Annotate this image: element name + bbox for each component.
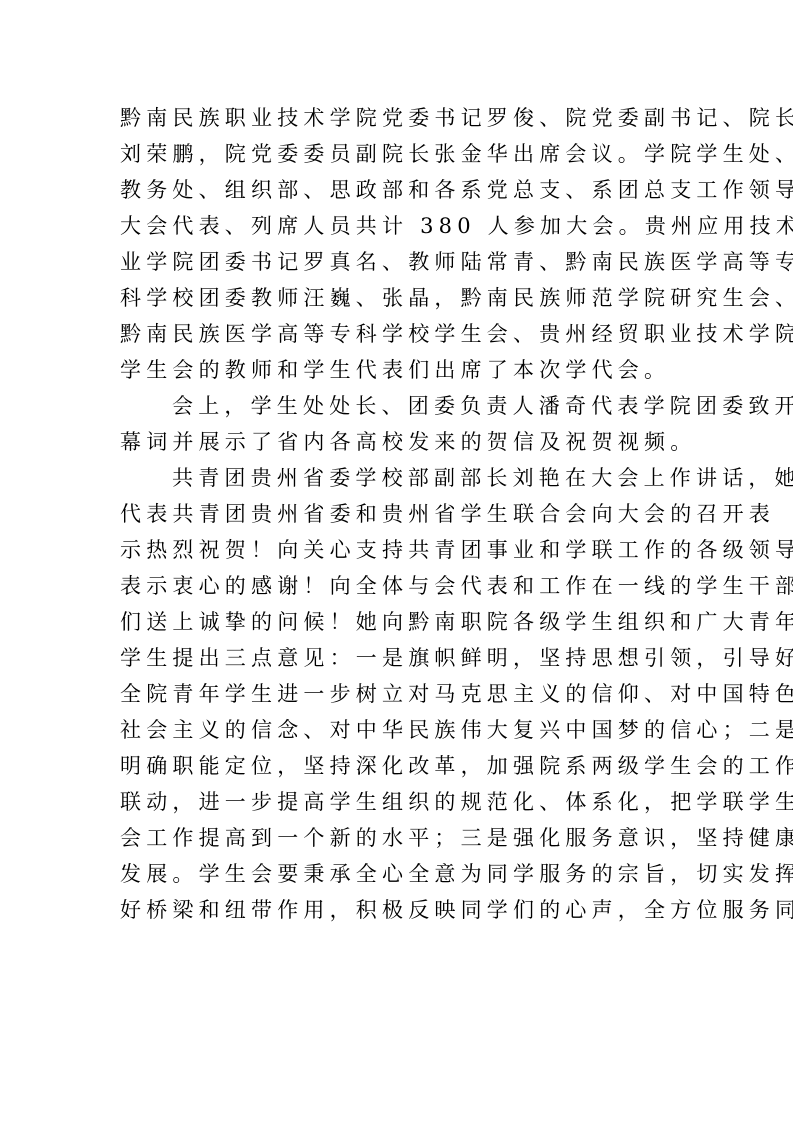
text-line: 业学院团委书记罗真名、教师陆常青、黔南民族医学高等专: [120, 246, 680, 282]
text-line: 全院青年学生进一步树立对马克思主义的信仰、对中国特色: [120, 678, 680, 714]
text-line: 科学校团委教师汪巍、张晶，黔南民族师范学院研究生会、: [120, 282, 680, 318]
text-line: 学生会的教师和学生代表们出席了本次学代会。: [120, 354, 680, 390]
text-line: 会工作提高到一个新的水平；三是强化服务意识，坚持健康: [120, 822, 680, 858]
text-line: 学生提出三点意见：一是旗帜鲜明，坚持思想引领，引导好: [120, 642, 680, 678]
paragraph-opening-speech: 会上，学生处处长、团委负责人潘奇代表学院团委致开 幕词并展示了省内各高校发来的贺…: [120, 390, 680, 462]
document-page: 黔南民族职业技术学院党委书记罗俊、院党委副书记、院长 刘荣鹏，院党委委员副院长张…: [0, 0, 793, 1122]
text-line: 明确职能定位，坚持深化改革，加强院系两级学生会的工作: [120, 750, 680, 786]
text-line: 表示衷心的感谢！向全体与会代表和工作在一线的学生干部: [120, 570, 680, 606]
text-line: 幕词并展示了省内各高校发来的贺信及祝贺视频。: [120, 426, 680, 462]
text-line: 社会主义的信念、对中华民族伟大复兴中国梦的信心；二是: [120, 714, 680, 750]
text-line: 代表共青团贵州省委和贵州省学生联合会向大会的召开表: [120, 498, 680, 534]
text-line: 大会代表、列席人员共计 380 人参加大会。贵州应用技术职: [120, 210, 680, 246]
paragraph-attendees: 黔南民族职业技术学院党委书记罗俊、院党委副书记、院长 刘荣鹏，院党委委员副院长张…: [120, 102, 680, 390]
text-line: 好桥梁和纽带作用，积极反映同学们的心声，全方位服务同: [120, 894, 680, 930]
paragraph-provincial-speech: 共青团贵州省委学校部副部长刘艳在大会上作讲话，她 代表共青团贵州省委和贵州省学生…: [120, 462, 680, 930]
text-line: 发展。学生会要秉承全心全意为同学服务的宗旨，切实发挥: [120, 858, 680, 894]
text-line: 们送上诚挚的问候！她向黔南职院各级学生组织和广大青年: [120, 606, 680, 642]
text-line: 共青团贵州省委学校部副部长刘艳在大会上作讲话，她: [120, 462, 680, 498]
text-line: 联动，进一步提高学生组织的规范化、体系化，把学联学生: [120, 786, 680, 822]
text-line: 黔南民族医学高等专科学校学生会、贵州经贸职业技术学院: [120, 318, 680, 354]
text-line: 刘荣鹏，院党委委员副院长张金华出席会议。学院学生处、: [120, 138, 680, 174]
text-line: 会上，学生处处长、团委负责人潘奇代表学院团委致开: [120, 390, 680, 426]
text-line: 教务处、组织部、思政部和各系党总支、系团总支工作领导、: [120, 174, 680, 210]
text-line: 示热烈祝贺！向关心支持共青团事业和学联工作的各级领导: [120, 534, 680, 570]
text-line: 黔南民族职业技术学院党委书记罗俊、院党委副书记、院长: [120, 102, 680, 138]
document-body: 黔南民族职业技术学院党委书记罗俊、院党委副书记、院长 刘荣鹏，院党委委员副院长张…: [120, 102, 680, 930]
